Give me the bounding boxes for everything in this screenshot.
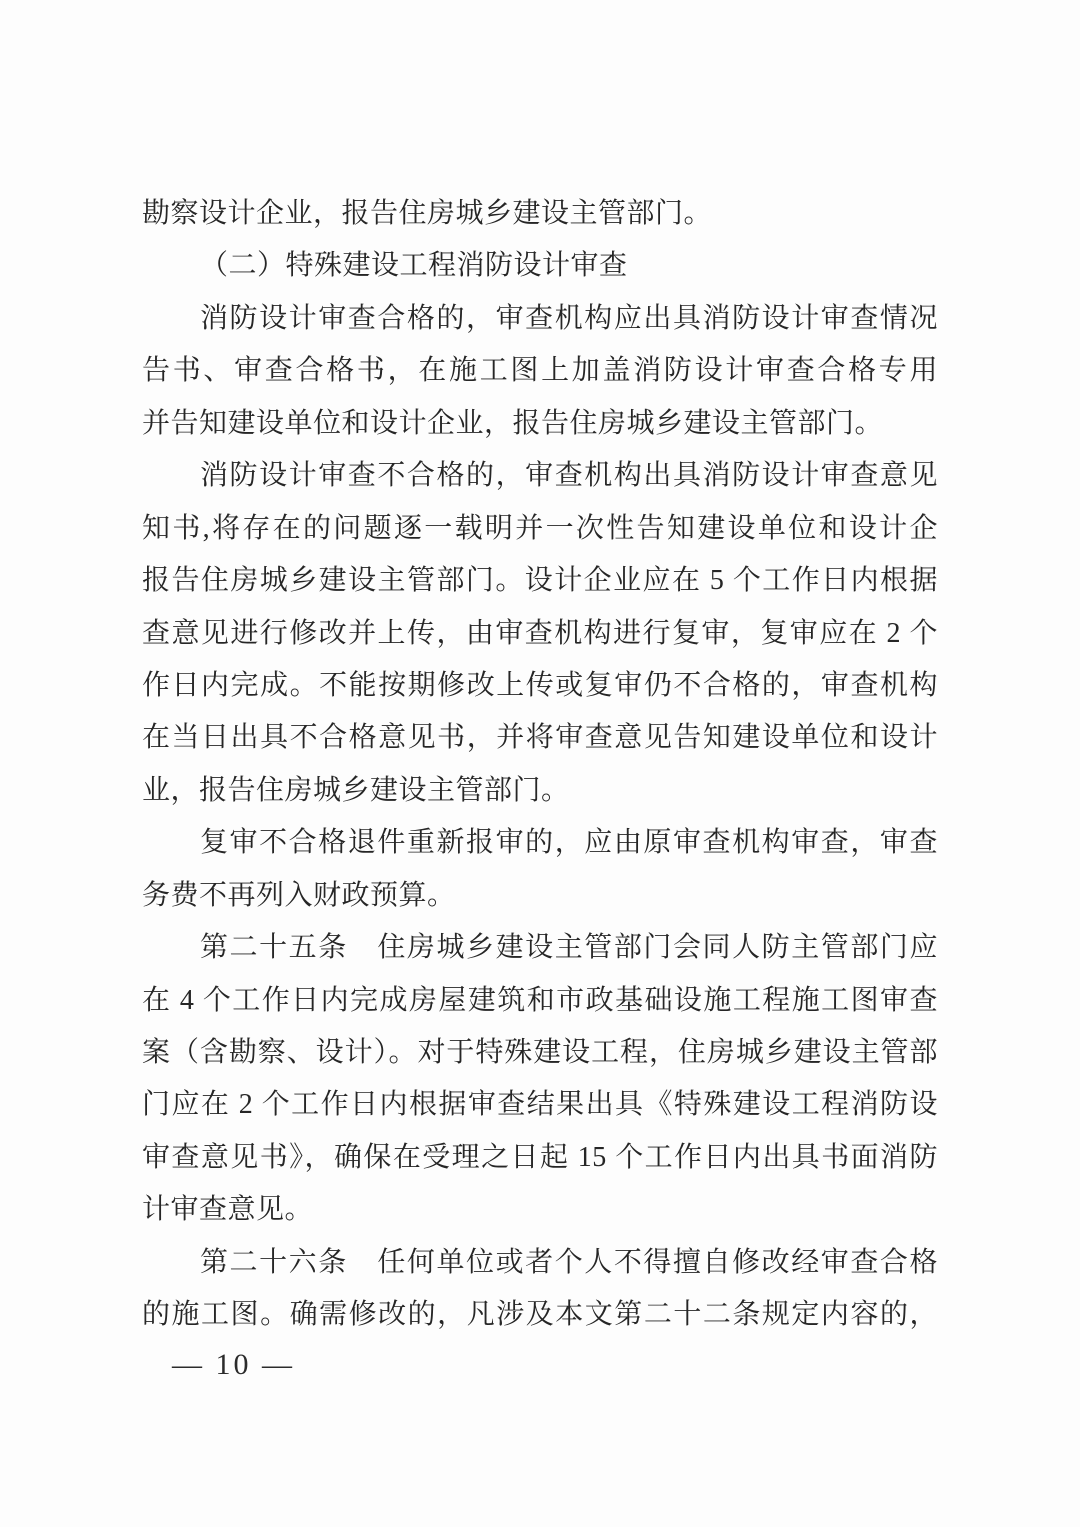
text-line: 消防设计审查合格的，审查机构应出具消防设计审查情况报 (142, 293, 938, 345)
text-line: 知书,将存在的问题逐一载明并一次性告知建设单位和设计企业， (142, 503, 938, 555)
text-line: 告书、审查合格书，在施工图上加盖消防设计审查合格专用章， (142, 345, 938, 397)
text-line: 第二十六条 任何单位或者个人不得擅自修改经审查合格 (142, 1237, 938, 1289)
text-line: 复审不合格退件重新报审的，应由原审查机构审查，审查服 (142, 817, 938, 869)
document-body: 勘察设计企业，报告住房城乡建设主管部门。（二）特殊建设工程消防设计审查消防设计审… (142, 188, 938, 1342)
page-number: — 10 — (172, 1348, 295, 1382)
text-line: 计审查意见。 (142, 1184, 938, 1236)
text-line: 报告住房城乡建设主管部门。设计企业应在 5 个工作日内根据审 (142, 555, 938, 607)
text-line: 案（含勘察、设计）。对于特殊建设工程，住房城乡建设主管部 (142, 1027, 938, 1079)
text-line: 第二十五条 住房城乡建设主管部门会同人防主管部门应 (142, 922, 938, 974)
text-line: 在当日出具不合格意见书，并将审查意见告知建设单位和设计企 (142, 712, 938, 764)
text-line: 的施工图。确需修改的，凡涉及本文第二十二条规定内容的，建 (142, 1289, 938, 1341)
text-line: 门应在 2 个工作日内根据审查结果出具《特殊建设工程消防设计 (142, 1079, 938, 1131)
text-line: 业，报告住房城乡建设主管部门。 (142, 765, 938, 817)
text-line: 并告知建设单位和设计企业，报告住房城乡建设主管部门。 (142, 398, 938, 450)
document-page: 勘察设计企业，报告住房城乡建设主管部门。（二）特殊建设工程消防设计审查消防设计审… (0, 0, 1080, 1527)
text-line: 务费不再列入财政预算。 (142, 870, 938, 922)
text-line: 勘察设计企业，报告住房城乡建设主管部门。 (142, 188, 938, 240)
text-line: 查意见进行修改并上传，由审查机构进行复审，复审应在 2 个工 (142, 608, 938, 660)
text-line: （二）特殊建设工程消防设计审查 (142, 240, 938, 292)
text-line: 作日内完成。不能按期修改上传或复审仍不合格的，审查机构应 (142, 660, 938, 712)
text-line: 在 4 个工作日内完成房屋建筑和市政基础设施工程施工图审查备 (142, 975, 938, 1027)
text-line: 审查意见书》，确保在受理之日起 15 个工作日内出具书面消防设 (142, 1132, 938, 1184)
text-line: 消防设计审查不合格的，审查机构出具消防设计审查意见告 (142, 450, 938, 502)
